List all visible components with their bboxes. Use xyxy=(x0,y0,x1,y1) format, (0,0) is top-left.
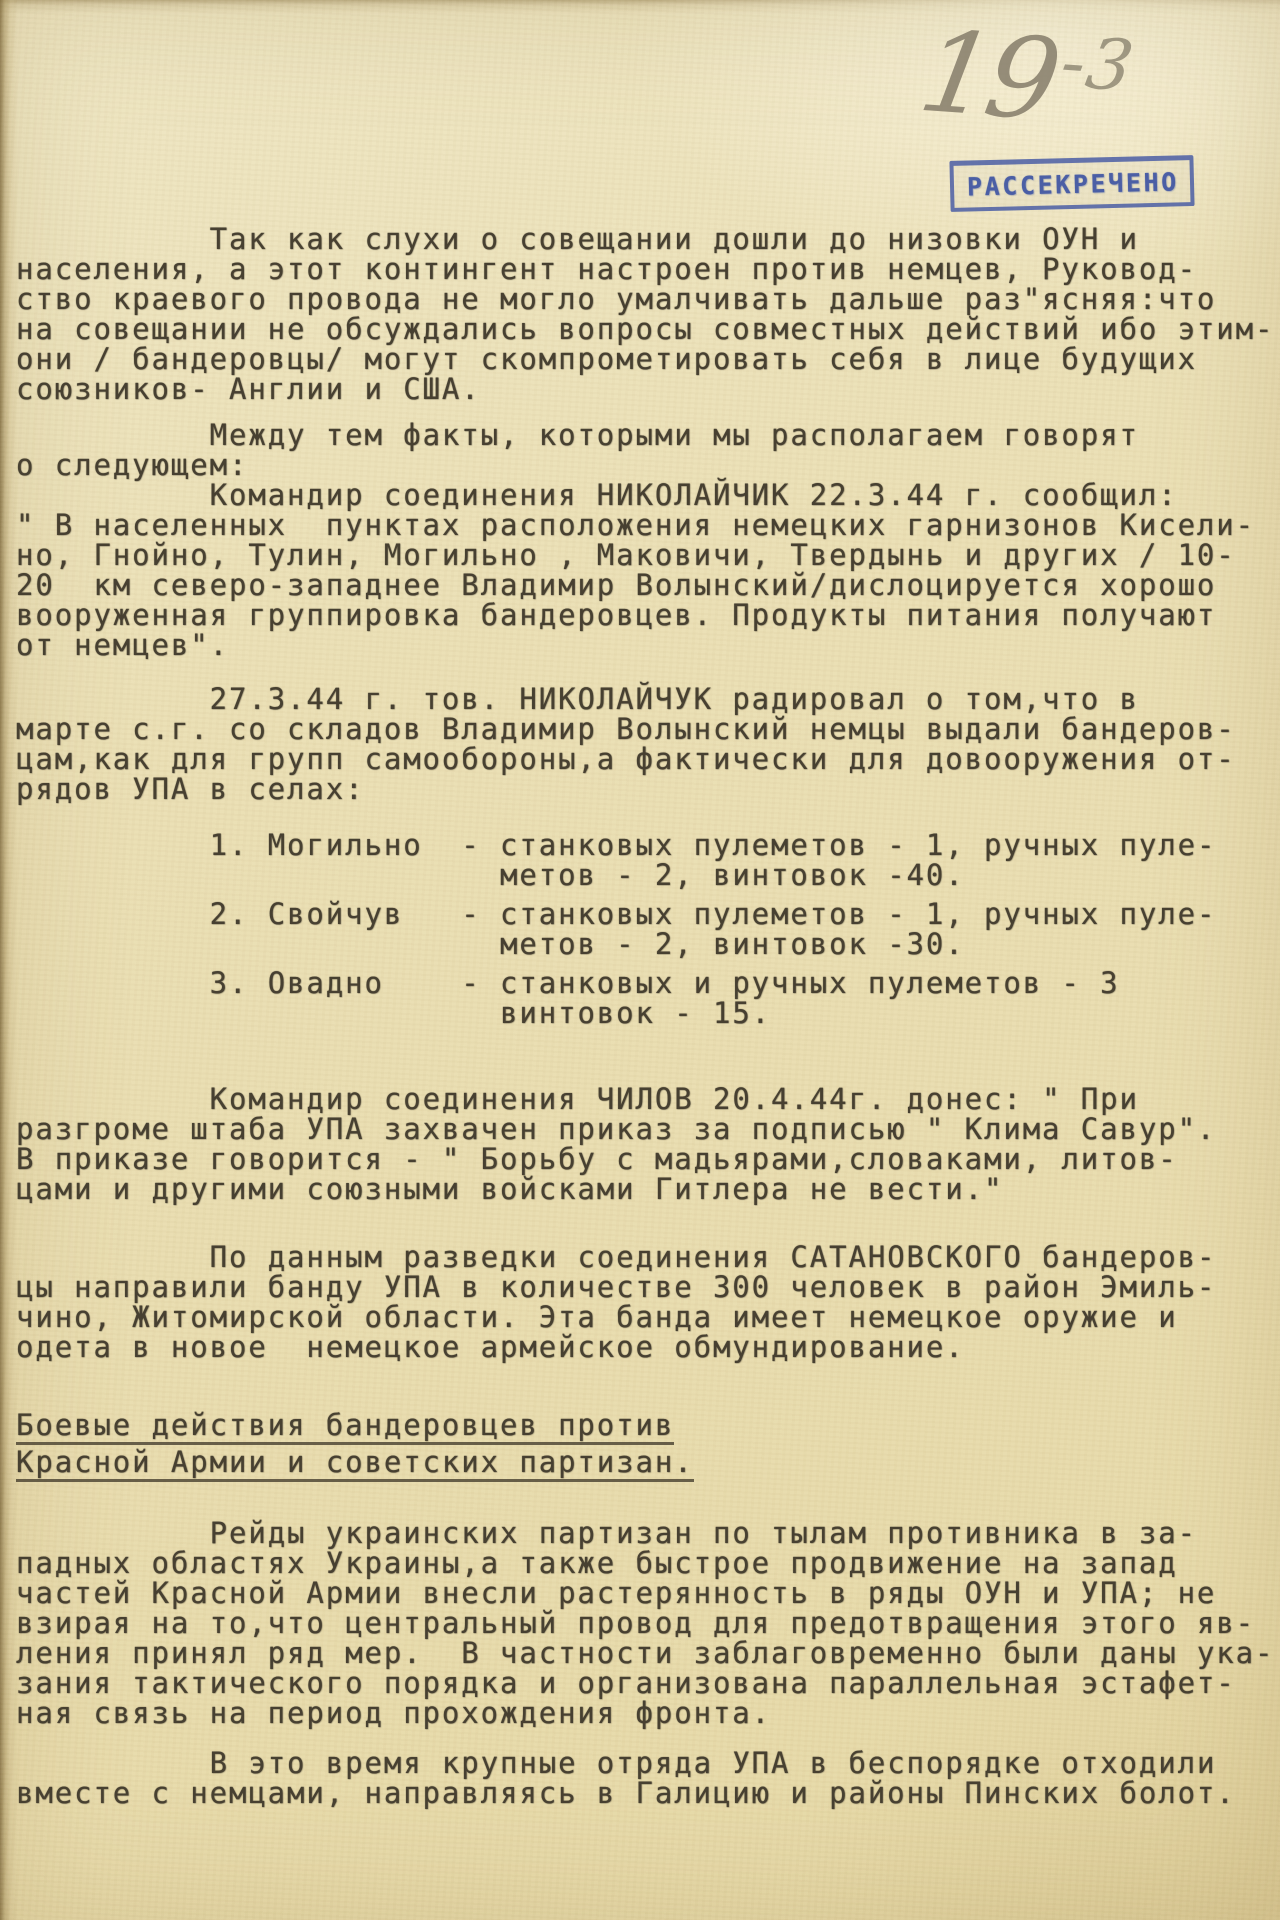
section-heading: Боевые действия бандеровцев против Красн… xyxy=(16,1410,1276,1482)
paragraph-radio-report: 27.3.44 г. тов. НИКОЛАЙЧУК радировал о т… xyxy=(16,684,1276,804)
paragraph-rumors: Так как слухи о совещании дошли до низов… xyxy=(16,224,1276,404)
typewritten-text: Так как слухи о совещании дошли до низов… xyxy=(0,0,1280,1808)
weapons-list-item-svoychuv: 2. Свойчув - станковых пулеметов - 1, ру… xyxy=(16,899,1276,959)
document-page: 19-3 РАССЕКРЕЧЕНО Так как слухи о совеща… xyxy=(0,0,1280,1920)
paragraph-facts-intro: Между тем факты, которыми мы располагаем… xyxy=(16,420,1276,480)
paragraph-chilov-report: Командир соединения ЧИЛОВ 20.4.44г. доне… xyxy=(16,1084,1276,1204)
heading-line-2: Красной Армии и советских партизан. xyxy=(16,1447,694,1482)
heading-line-1: Боевые действия бандеровцев против xyxy=(16,1410,674,1445)
weapons-list-item-ovadno: 3. Овадно - станковых и ручных пулеметов… xyxy=(16,968,1276,1028)
paragraph-upa-retreat: В это время крупные отряда УПА в беспоря… xyxy=(16,1748,1276,1808)
paragraph-satanovsky-intel: По данным разведки соединения САТАНОВСКО… xyxy=(16,1242,1276,1362)
weapons-list-item-mogilno: 1. Могильно - станковых пулеметов - 1, р… xyxy=(16,830,1276,890)
paragraph-partisan-raids: Рейды украинских партизан по тылам проти… xyxy=(16,1518,1276,1728)
weapons-list: 1. Могильно - станковых пулеметов - 1, р… xyxy=(16,830,1276,1028)
paragraph-nikolaychik-report: Командир соединения НИКОЛАЙЧИК 22.3.44 г… xyxy=(16,480,1276,660)
